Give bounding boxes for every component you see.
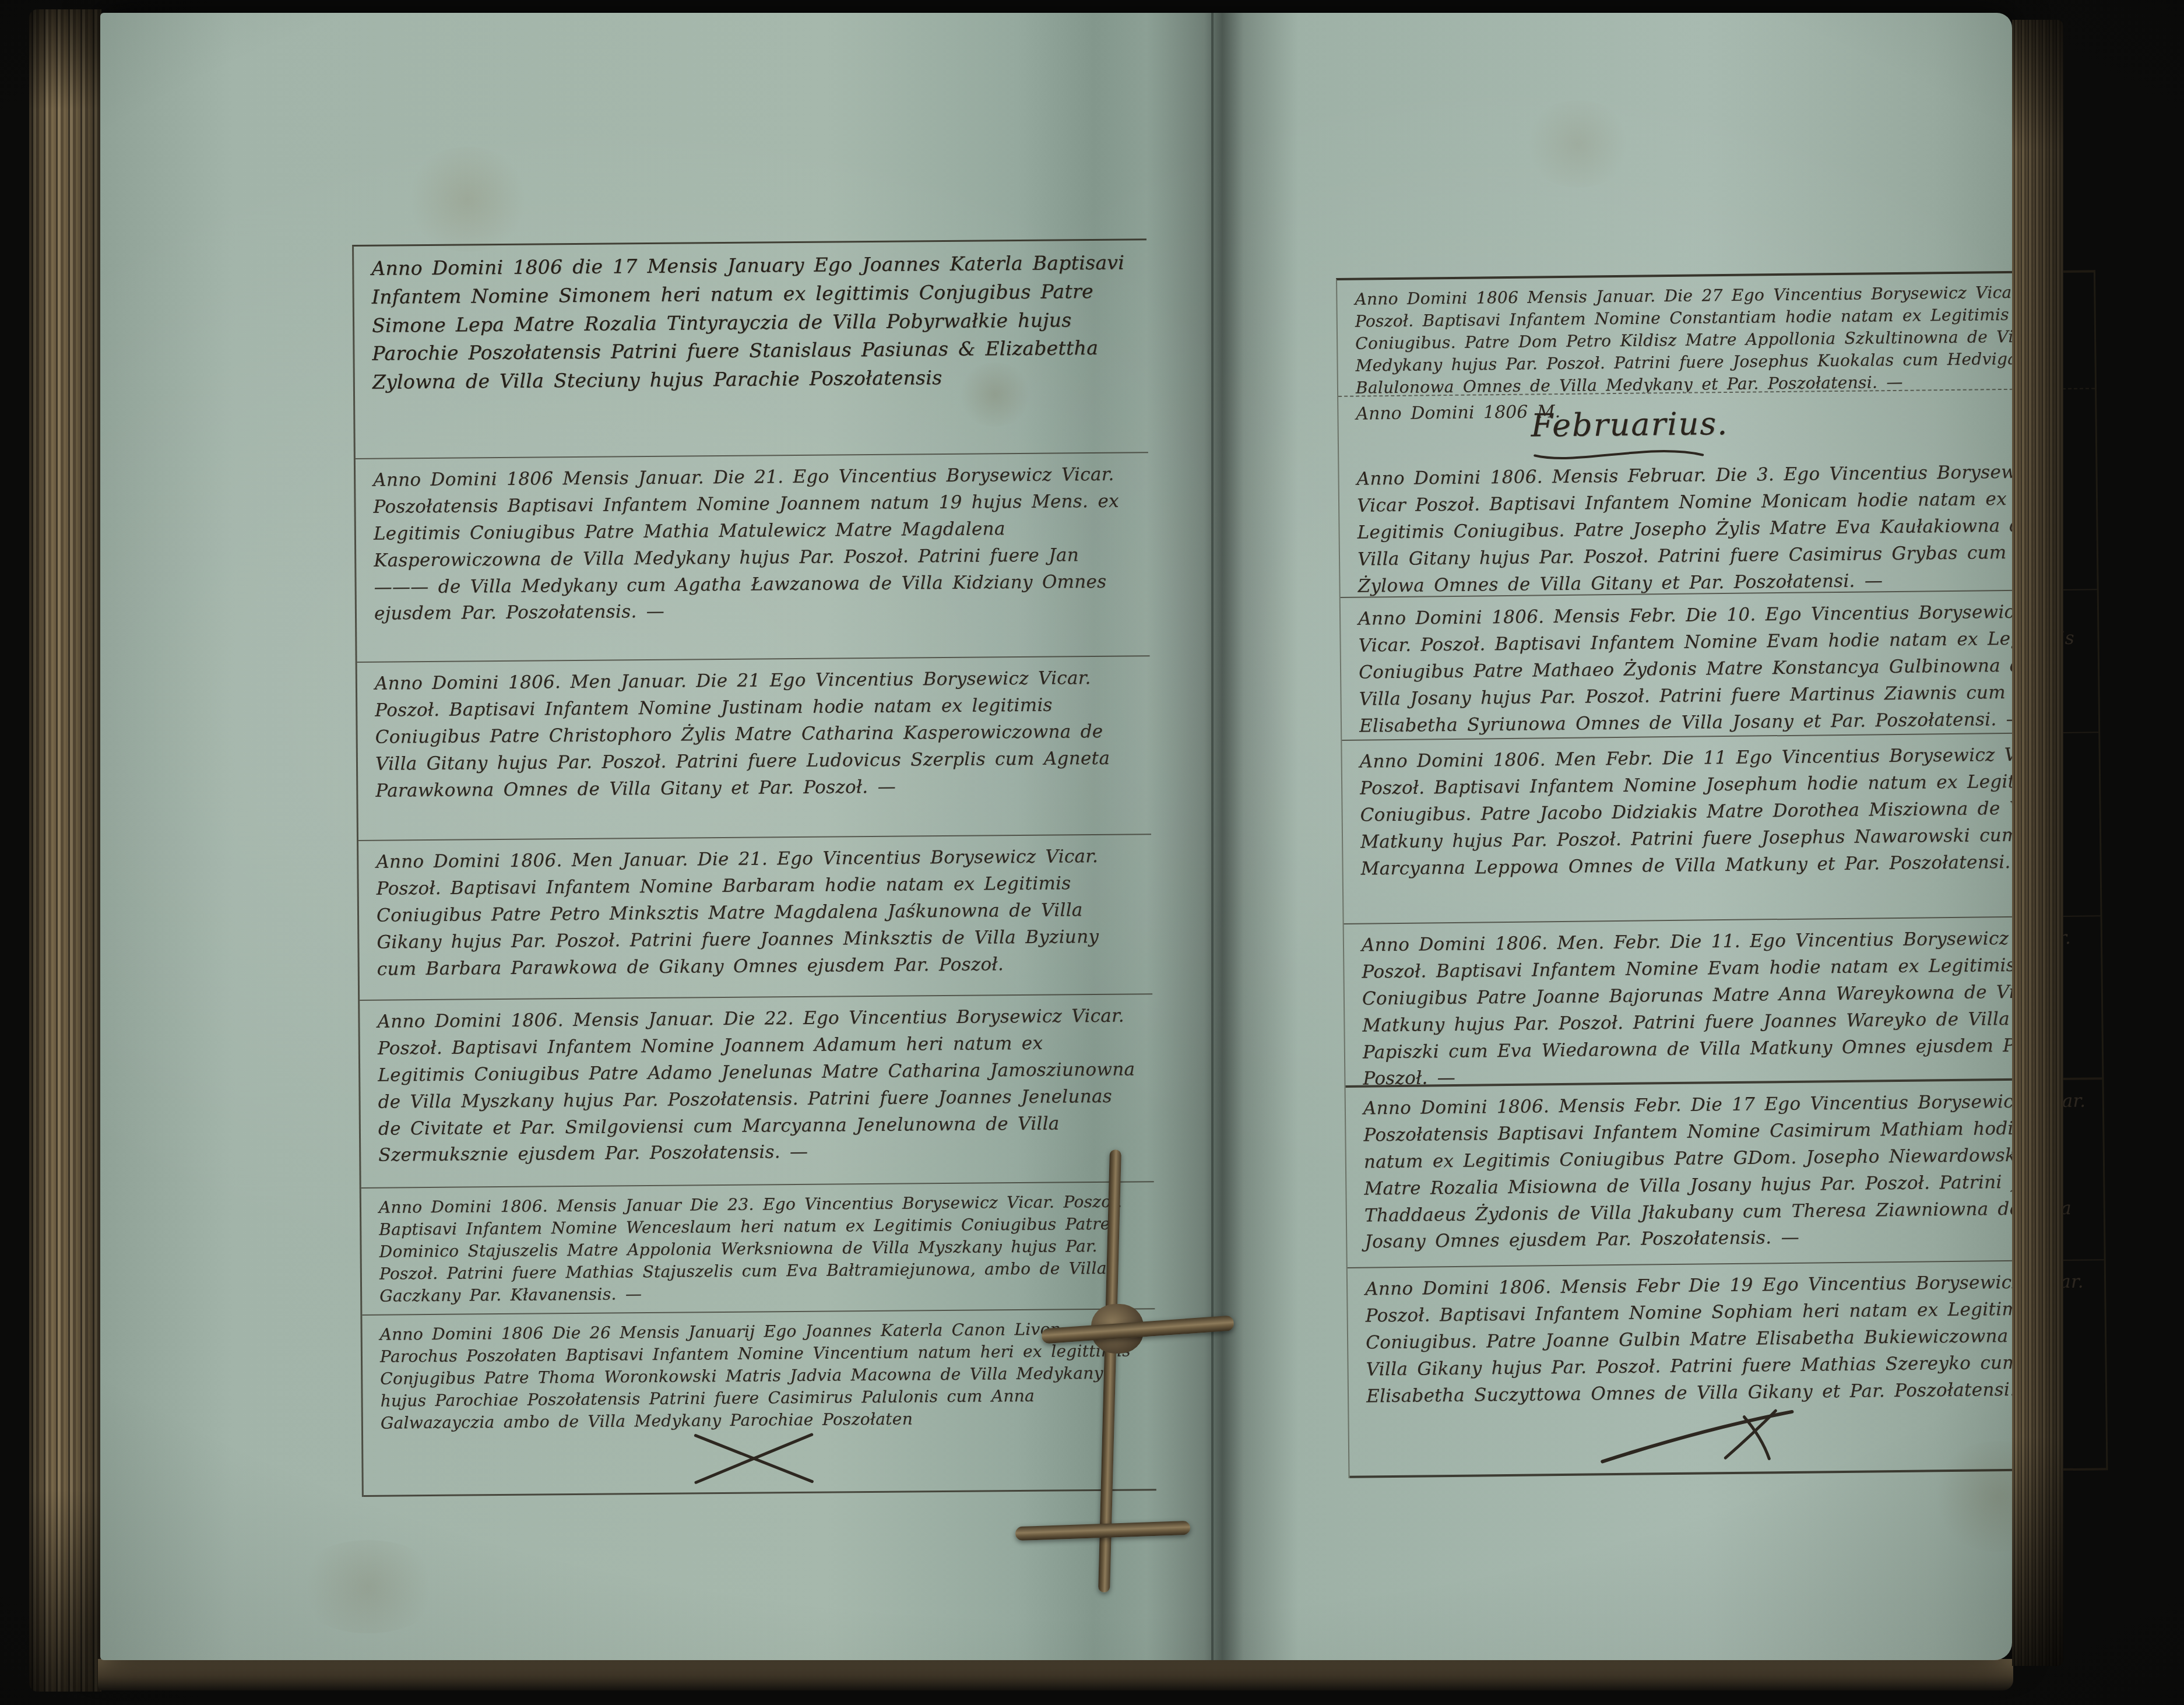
baptism-entry: Medykany Anno Domini 1806 Die 26 Mensis … (362, 1309, 1156, 1497)
entry-text: Anno Domini 1806. Mensis Januar. Die 22.… (377, 1003, 1138, 1169)
baptism-entry: Josa ny. Anno Domini 1806. Mensis Febr. … (1346, 1080, 2104, 1268)
entry-text: Anno Domini 1806. Men Febr. Die 11 Ego V… (1359, 741, 2084, 883)
book-gutter (1146, 13, 1298, 1660)
flourish-swash (1594, 1403, 1816, 1470)
paper-stain (403, 147, 532, 252)
entry-text: Anno Domini 1806. Men Januar. Die 21 Ego… (375, 665, 1136, 804)
entry-text: Anno Domini 1806. Men Januar. Die 21. Eg… (376, 843, 1137, 983)
baptism-entry: Matku ny. Anno Domini 1806. Men Febr. Di… (1342, 733, 2100, 924)
baptism-entry: De Po byrwał ki —— Anno Domini 1806 die … (354, 240, 1148, 459)
entry-text: Anno Domini 1806. Men. Febr. Die 11. Ego… (1362, 925, 2087, 1088)
baptism-entry: Gika ny Anno Domini 1806. Mensis Febr Di… (1348, 1260, 2106, 1478)
right-page-table: Medyka ny. — Anno Domini 1806 Mensis Jan… (1336, 270, 2108, 1478)
entry-text: Anno Domini 1806. Mensis Januar Die 23. … (379, 1190, 1140, 1307)
book-spread: 61 De Po byrwał ki —— Anno Domini 1806 d… (100, 13, 2012, 1660)
baptism-entry: Gikany. Anno Domini 1806. Mensis Februar… (1339, 450, 2097, 598)
entry-text: Anno Domini 1806 die 17 Mensis January E… (371, 248, 1133, 396)
baptism-entry: Matku ny Anno Domini 1806. Men. Febr. Di… (1344, 916, 2102, 1088)
entry-text: Anno Domini 1806. Mensis Febr. Die 10. E… (1358, 599, 2083, 740)
baptism-entry: Myszka ny. Anno Domini 1806. Mensis Janu… (360, 994, 1153, 1189)
month-header-title: Februarius. (1531, 408, 1728, 442)
month-header-row: Anno Domini 1806 M. Februarius. (1338, 389, 2095, 458)
entry-text: Anno Domini 1806 Mensis Januar. Die 27 E… (1355, 281, 2080, 397)
gutter-fold-line (1211, 13, 1214, 1660)
left-page-table: De Po byrwał ki —— Anno Domini 1806 die … (352, 238, 1156, 1497)
entry-text: Anno Domini 1806. Mensis Februar. Die 3.… (1356, 459, 2081, 598)
entry-text: Anno Domini 1806. Mensis Febr Die 19 Ego… (1365, 1269, 2090, 1410)
book-page-edges-right (2012, 20, 2063, 1666)
photo-frame: 61 De Po byrwał ki —— Anno Domini 1806 d… (0, 0, 2184, 1705)
entry-text: Anno Domini 1806 Die 26 Mensis Januarij … (380, 1317, 1141, 1435)
book-page-edges-bottom (98, 1659, 2013, 1690)
month-header-year: Anno Domini 1806 M. (1356, 402, 1560, 424)
baptism-entry: Gitany. Anno Domini 1806. Men Januar. Di… (357, 656, 1151, 841)
entry-text: Anno Domini 1806 Mensis Januar. Die 21. … (373, 461, 1134, 627)
book-page-edges-left (29, 9, 101, 1692)
flourish-x-mark (690, 1432, 818, 1485)
paper-stain (1522, 100, 1633, 188)
baptism-entry: Medyka ny. — Anno Domini 1806 Mensis Jan… (1337, 272, 2095, 397)
baptism-entry: Gikany. Anno Domini 1806. Men Januar. Di… (358, 835, 1152, 1001)
baptism-entry: Medyka ny Kidzia ny. Anno Domini 1806 Me… (356, 453, 1150, 663)
baptism-entry: Myszka ny. Anno Domini 1806. Mensis Janu… (361, 1182, 1155, 1316)
paper-stain (293, 1540, 444, 1633)
baptism-entry: Josany Anno Domini 1806. Mensis Febr. Di… (1341, 590, 2098, 741)
entry-text: Anno Domini 1806. Mensis Febr. Die 17 Eg… (1363, 1088, 2089, 1256)
